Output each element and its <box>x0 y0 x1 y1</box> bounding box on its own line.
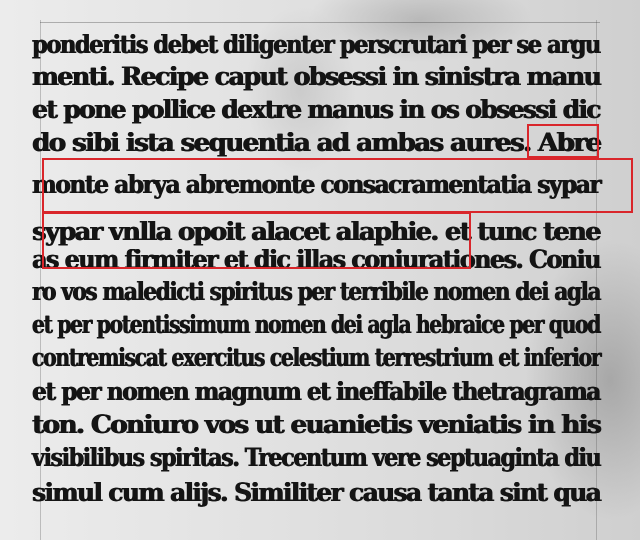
annotation-box-line <box>42 158 633 213</box>
text-line: simul cum alijs. Similiter causa tanta s… <box>32 478 600 508</box>
annotation-box-line <box>42 212 471 269</box>
text-line: ro vos maledicti spiritus per terribile … <box>32 277 600 307</box>
manuscript-page: ponderitis debet diligenter perscrutari … <box>0 0 640 540</box>
text-line: et per nomen magnum et ineffabile thetra… <box>32 377 600 407</box>
text-line: visibilibus spiritas. Trecentum vere sep… <box>32 443 600 473</box>
annotation-box-word <box>527 124 599 158</box>
text-line: ton. Coniuro vos ut euanietis veniatis i… <box>32 410 600 440</box>
ruling-line <box>40 22 600 23</box>
text-line: ponderitis debet diligenter perscrutari … <box>32 30 600 60</box>
text-line: contremiscat exercitus celestium terrest… <box>32 343 600 373</box>
text-line: et per potentissimum nomen dei agla hebr… <box>32 310 600 340</box>
text-line: menti. Recipe caput obsessi in sinistra … <box>32 62 600 92</box>
text-line: do sibi ista sequentia ad ambas aures. A… <box>32 128 600 158</box>
text-line: et pone pollice dextre manus in os obses… <box>32 95 600 125</box>
